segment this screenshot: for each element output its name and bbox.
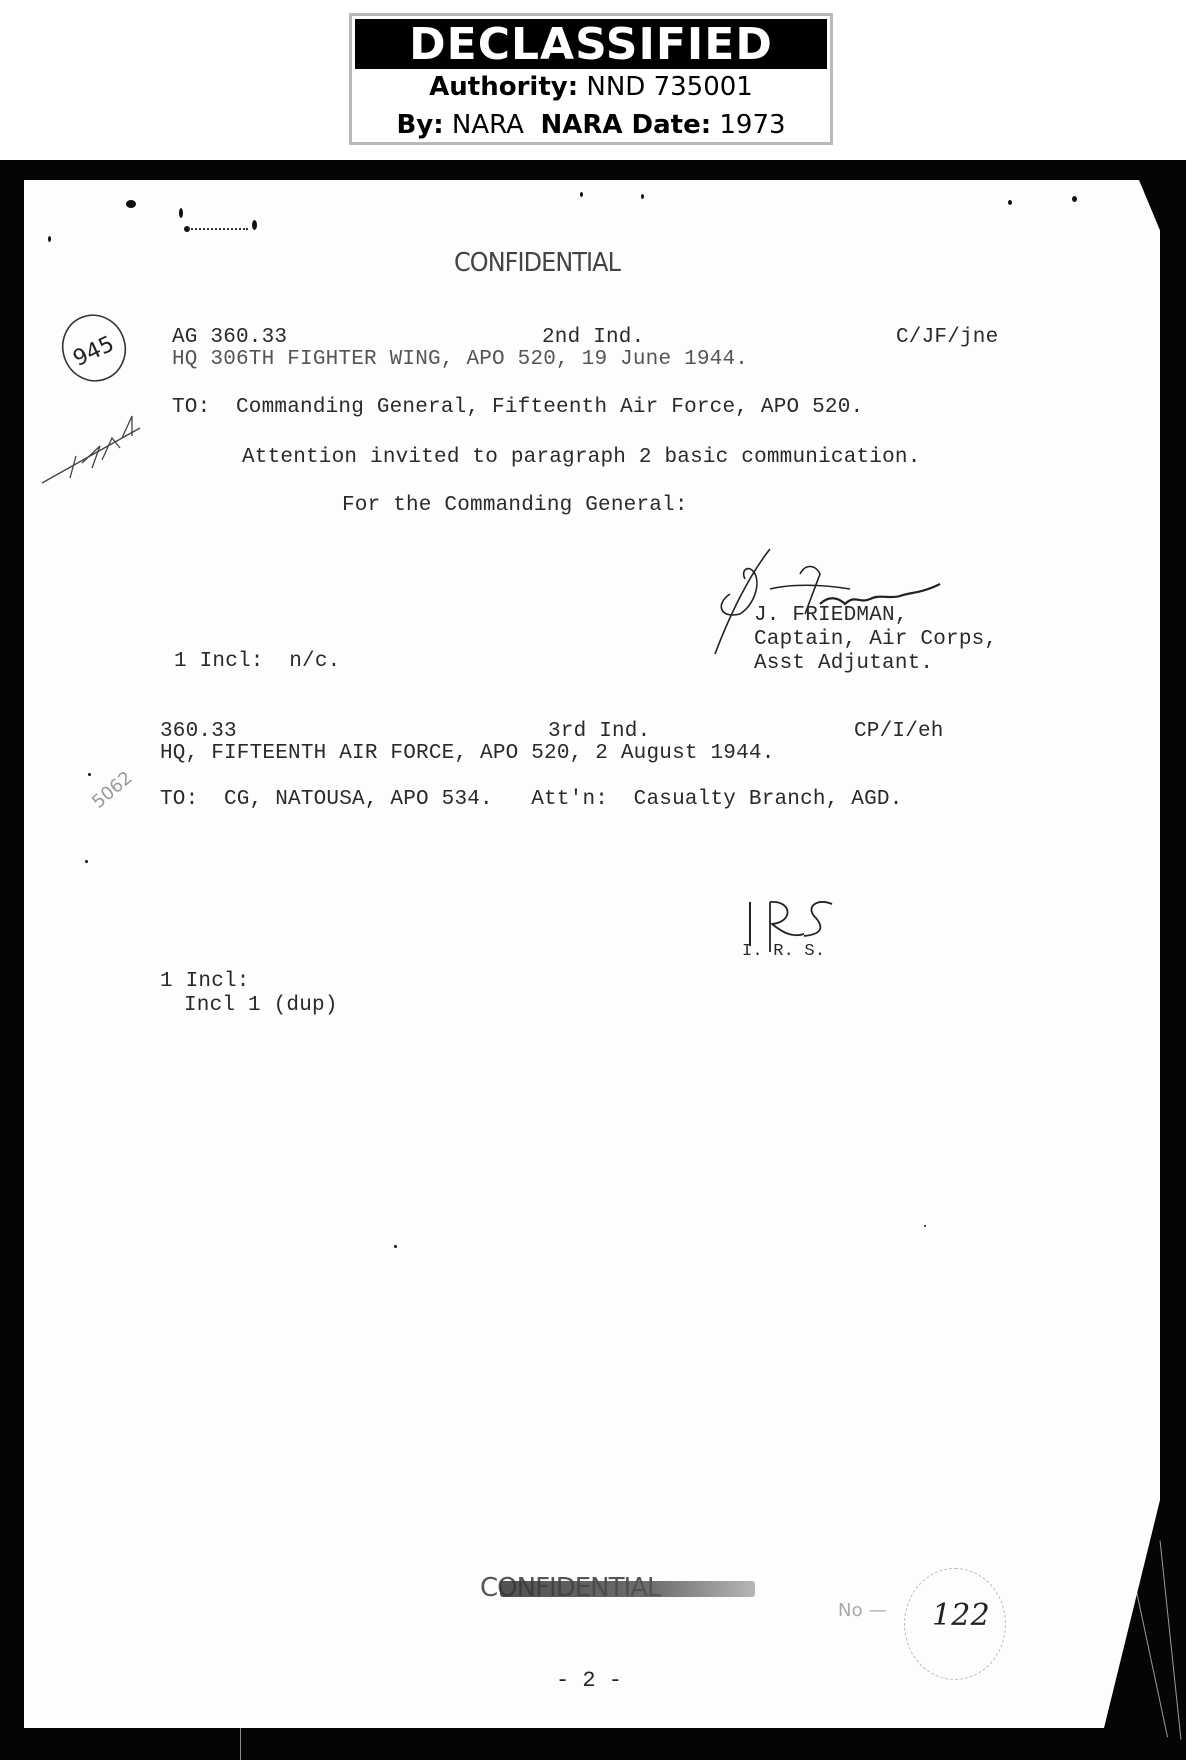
initials-scribble-icon [40, 408, 150, 493]
authority-value: NND 735001 [586, 72, 752, 102]
signer-rank: Captain, Air Corps, [754, 628, 997, 651]
inclosure-2nd: 1 Incl: n/c. [174, 650, 340, 673]
date-label: NARA Date: [540, 110, 711, 140]
declassified-banner: DECLASSIFIED [355, 19, 827, 69]
number-label: No — [838, 1600, 887, 1621]
circled-number-text: 945 [69, 332, 118, 372]
origin-line-3rd: HQ, FIFTEENTH AIR FORCE, APO 520, 2 Augu… [160, 742, 775, 765]
svg-text:5062: 5062 [88, 767, 137, 810]
page-number: - 2 - [556, 1668, 622, 1693]
to-line-3rd: TO: CG, NATOUSA, APO 534. Att'n: Casualt… [160, 788, 903, 811]
by-value: NARA [452, 110, 524, 140]
inclosure-item-3rd: Incl 1 (dup) [184, 994, 338, 1017]
indorsement-3rd: 3rd Ind. [548, 720, 650, 743]
file-ref-2nd: AG 360.33 [172, 326, 287, 349]
by-label: By: [396, 110, 443, 140]
declassification-stamp: DECLASSIFIED Authority: NND 735001 By: N… [349, 13, 833, 145]
confidential-stamp-bottom: CONFIDENTIAL [480, 1573, 660, 1603]
irs-typed-initials: I. R. S. [742, 942, 825, 961]
signer-title: Asst Adjutant. [754, 652, 933, 675]
document-page: CONFIDENTIAL 945 AG 360.33 2nd Ind. C/JF… [24, 180, 1160, 1728]
closing-2nd: For the Commanding General: [342, 494, 688, 517]
origin-line-2nd: HQ 306TH FIGHTER WING, APO 520, 19 June … [172, 348, 748, 371]
signer-name: J. FRIEDMAN, [754, 604, 908, 627]
authority-line: Authority: NND 735001 [352, 72, 830, 102]
circled-number-annotation: 945 [56, 310, 136, 390]
body-2nd: Attention invited to paragraph 2 basic c… [242, 446, 921, 469]
indorsement-2nd: 2nd Ind. [542, 326, 644, 349]
confidential-stamp-top: CONFIDENTIAL [454, 248, 620, 278]
inclosure-header-3rd: 1 Incl: [160, 970, 250, 993]
date-value: 1973 [719, 110, 785, 140]
file-ref-3rd: 360.33 [160, 720, 237, 743]
number-value: 122 [932, 1598, 990, 1633]
reference-code-2nd: C/JF/jne [896, 326, 998, 349]
file-number-margin-note: 5062 [78, 740, 158, 815]
by-date-line: By: NARA NARA Date: 1973 [352, 110, 830, 140]
scanned-page-frame: CONFIDENTIAL 945 AG 360.33 2nd Ind. C/JF… [0, 160, 1186, 1760]
authority-label: Authority: [429, 72, 578, 102]
reference-code-3rd: CP/I/eh [854, 720, 944, 743]
to-line-2nd: TO: Commanding General, Fifteenth Air Fo… [172, 396, 863, 419]
